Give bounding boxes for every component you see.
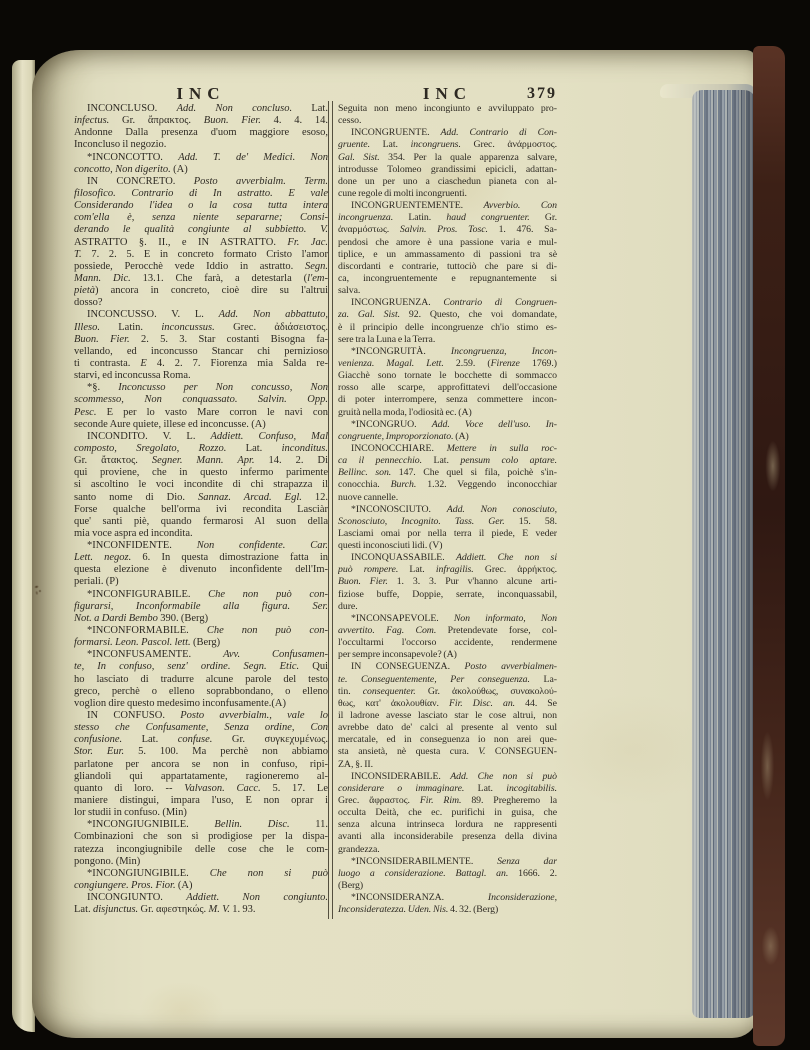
column-rule	[328, 101, 333, 919]
text-line: ASTRATTO §. II., e IN ASTRATTO. Fr. Jac.	[74, 237, 328, 249]
text-line: stesso che Confusamente, Senza ordine, C…	[74, 722, 328, 734]
text-line: mia voce aspra ed incondita.	[74, 528, 328, 540]
text-line: si ascoltino le voci incondite di chi st…	[74, 479, 328, 491]
text-line: *INCONFIDENTE. Non confidente. Car.	[74, 540, 328, 552]
text-line: Giacchè sono tornate le bocchette di som…	[338, 370, 557, 382]
page-number: 379	[338, 85, 557, 103]
text-line: avrebbe dato de' calci al presente al ve…	[338, 722, 557, 734]
text-line: te, In confuso, senz' ordine. Segn. Etic…	[74, 661, 328, 673]
text-line: INCONGRUENTE. Add. Contrario di Con-	[338, 127, 557, 139]
text-line: seconde Aure quiete, illese ed inconcuss…	[74, 419, 328, 431]
text-line: Gal. Sist. 354. Per la quale apparenza s…	[338, 152, 557, 164]
text-line: Bellinc. son. 147. Che quel si fila, poi…	[338, 467, 557, 479]
text-line: INCONCLUSO. Add. Non concluso. Lat.	[74, 103, 328, 115]
text-line: T. 7. 2. 5. E in concreto formato Cristo…	[74, 249, 328, 261]
text-line: salva.	[338, 285, 557, 297]
text-line: Buon. Fier. 2. 5. 3. Star costanti Bisog…	[74, 334, 328, 346]
text-line: Stor. Eur. 5. 100. Ma perchè non abbiamo	[74, 746, 328, 758]
text-line: può rompere. Lat. infragilis. Grec. ἀρρή…	[338, 564, 557, 576]
text-line: ho lasciato di tradurre alcune parole de…	[74, 674, 328, 686]
text-line: mercatale, ed in conseguenza io non arei…	[338, 734, 557, 746]
text-line: concotto, Non digerito. (A)	[74, 164, 328, 176]
text-line: periali. (P)	[74, 576, 328, 588]
text-line: questi inconosciuti lidi. (V)	[338, 540, 557, 552]
photo-background: { "document": { "running_head_left": "IN…	[0, 0, 810, 1050]
text-line: introdusse Tolomeo grandissimi epicicli,…	[338, 164, 557, 176]
text-line: *INCONFORMABILE. Che non può con-	[74, 625, 328, 637]
text-line: *INCONFIGURABILE. Che non può con-	[74, 589, 328, 601]
text-column-left: INCONCLUSO. Add. Non concluso. Lat.infec…	[74, 103, 328, 916]
text-line: sere tra la Luna e la Terra.	[338, 334, 557, 346]
text-line: Lett. negoz. 6. In questa dimostrazione …	[74, 552, 328, 564]
text-line: Gr. ἄτακτος. Segner. Mann. Apr. 14. 2. D…	[74, 455, 328, 467]
text-line: figurarsi, Inconformabile alla figura. S…	[74, 601, 328, 613]
text-line: INCONCUSSO. V. L. Add. Non abbattuto,	[74, 309, 328, 321]
text-line: Considerando l'idea o la cosa tutta inte…	[74, 200, 328, 212]
text-line: za. Gal. Sist. 92. Questo, che voi doman…	[338, 309, 557, 321]
text-line: fiziose buffe, Doppie, serrate, inconqua…	[338, 589, 557, 601]
text-line: *INCONGIUNGIBILE. Che non si può	[74, 868, 328, 880]
text-line: Mann. Dic. 13.1. Che farà, a detestarla …	[74, 273, 328, 285]
text-line: θως, κατ' ἀκολουθίαν. Fir. Disc. an. 44.…	[338, 698, 557, 710]
text-line: rosso alle scarpe, approfittatevi dell'o…	[338, 382, 557, 394]
text-line: possiede, Perocchè vede Iddio in astratt…	[74, 261, 328, 273]
text-line: IN CONCRETO. Posto avverbialm. Term.	[74, 176, 328, 188]
leather-cover	[753, 46, 785, 1046]
text-line: *INCONSAPEVOLE. Non informato, Non	[338, 613, 557, 625]
text-line: done un per uno a ciaschedun pianeta con…	[338, 176, 557, 188]
fore-edge-page-stack	[692, 90, 756, 1018]
text-line: ἀναρμόστως. Salvin. Pros. Tosc. 1. 476. …	[338, 224, 557, 236]
text-line: *INCONSIDERANZA. Inconsiderazione,	[338, 892, 557, 904]
text-line: INCONOCCHIARE. Mettere in sulla roc-	[338, 443, 557, 455]
text-line: qui proviene, che in questo infermo pari…	[74, 467, 328, 479]
text-line: *INCONGRUO. Add. Voce dell'uso. In-	[338, 419, 557, 431]
text-line: *§. Inconcusso per Non concusso, Non	[74, 382, 328, 394]
text-line: gruità nella moda, l'odiosità ec. (A)	[338, 407, 557, 419]
text-line: formarsi. Leon. Pascol. lett. (Berg)	[74, 637, 328, 649]
text-line: questa elezione è divenuto inconfidente …	[74, 564, 328, 576]
text-line: greco, perchè o elleno soprabbondano, o …	[74, 686, 328, 698]
text-line: Combinazioni che son sì prodigiose per l…	[74, 831, 328, 843]
text-line: scommesso, Non conquassato. Salvin. Opp.	[74, 394, 328, 406]
text-line: occulta Deità, che ec. purifichi in guis…	[338, 807, 557, 819]
text-line: ZA, §. II.	[338, 759, 557, 771]
text-line: INCONGRUENTEMENTE. Avverbio. Con	[338, 200, 557, 212]
text-line: l'occultarmi l'occorso accidente, render…	[338, 637, 557, 649]
text-line: te. Conseguentemente, Per conseguenza. L…	[338, 674, 557, 686]
text-line: confusione. Lat. confuse. Gr. συγκεχυμέν…	[74, 734, 328, 746]
text-line: senza alcuna intrinseca lordura ne rappr…	[338, 819, 557, 831]
text-line: voglion dire questo medesimo inconfusame…	[74, 698, 328, 710]
text-line: *INCONSIDERABILMENTE. Senza dar	[338, 856, 557, 868]
text-line: INCONDITO. V. L. Addiett. Confuso, Mal	[74, 431, 328, 443]
text-line: *INCONGIUGNIBILE. Bellin. Disc. 11.	[74, 819, 328, 831]
text-line: infectus. Gr. ἄπρακτος. Buon. Fier. 4. 4…	[74, 115, 328, 127]
text-line: Inconsideratezza. Uden. Nis. 4. 32. (Ber…	[338, 904, 557, 916]
text-line: maniere distingui, impara l'uso, E non o…	[74, 795, 328, 807]
text-line: vellando, ed inconcusso Stancar chi pern…	[74, 346, 328, 358]
text-line: considerare o immaginare. Lat. incogitab…	[338, 783, 557, 795]
text-line: composto, Sregolato, Rozzo. Lat. incondi…	[74, 443, 328, 455]
text-line: tiplice, e un ammassamento di passioni t…	[338, 249, 557, 261]
text-line: grandezza.	[338, 844, 557, 856]
text-line: Grec. ἄφραστος. Fir. Rim. 89. Pregheremo…	[338, 795, 557, 807]
text-column-right: Seguita non meno incongiunto e avviluppa…	[338, 103, 557, 916]
text-line: Forse qualche bell'orma ivi recondita La…	[74, 504, 328, 516]
text-line: INCONGRUENZA. Contrario di Congruen-	[338, 297, 557, 309]
text-line: Sconosciuto, Incognito. Tass. Ger. 15. 5…	[338, 516, 557, 528]
text-line: ca, incongruentemente e repugnantemente …	[338, 273, 557, 285]
text-line: Andonne Dalla presenza d'uom maggiore es…	[74, 127, 328, 139]
text-line: parlatone per ancora se non in confuso, …	[74, 759, 328, 771]
text-line: congiungere. Pros. Fior. (A)	[74, 880, 328, 892]
text-line: gruente. Lat. incongruens. Grec. ἀνάρμοσ…	[338, 139, 557, 151]
text-line: INCONSIDERABILE. Add. Che non si può	[338, 771, 557, 783]
text-line: *INCONGRUITÀ. Incongruenza, Incon-	[338, 346, 557, 358]
text-line: luogo a considerazione. Battagl. an. 166…	[338, 868, 557, 880]
text-line: discordanti e contrarie, tuttociò che pa…	[338, 261, 557, 273]
text-line: il ladrone avesse lasciato star le cose …	[338, 710, 557, 722]
text-line: *INCONCOTTO. Add. T. de' Medici. Non	[74, 152, 328, 164]
text-line: quanto di loro. -- Valvason. Cacc. 5. 17…	[74, 783, 328, 795]
text-line: cesso.	[338, 115, 557, 127]
text-line: pongono. (Min)	[74, 856, 328, 868]
text-line: dure.	[338, 601, 557, 613]
text-line: è il principio delle incongruenze ch'io …	[338, 322, 557, 334]
text-line: que' santi piè, quando fermarosi Al suon…	[74, 516, 328, 528]
text-line: pendosi che amore è una passione varia e…	[338, 237, 557, 249]
text-line: com'ella è, senza niente separarne; Cons…	[74, 212, 328, 224]
text-line: *INCONFUSAMENTE. Avv. Confusamen-	[74, 649, 328, 661]
text-line: ca il pennecchio. Lat. pensum colo aptar…	[338, 455, 557, 467]
text-line: gliandoli qui appartatamente, ragionerem…	[74, 771, 328, 783]
text-line: lor studii in confuso. (Min)	[74, 807, 328, 819]
text-line: pietà) ancora in concreto, cioè dire su …	[74, 285, 328, 297]
text-line: IN CONSEGUENZA. Posto avverbialmen-	[338, 661, 557, 673]
text-line: IN CONFUSO. Posto avverbialm., vale lo	[74, 710, 328, 722]
text-line: ti contrasta. E 4. 2. 7. Fiorenza mia Sa…	[74, 358, 328, 370]
text-line: Lat. disjunctus. Gr. αφεστηκώς. M. V. 1.…	[74, 904, 328, 916]
text-line: sta ansietà, nè questa cura. V. CONSEGUE…	[338, 746, 557, 758]
text-line: avvertito. Fag. Com. Pretendevate forse,…	[338, 625, 557, 637]
running-head-left: INC	[74, 84, 328, 104]
text-line: incongruenza. Latin. haud congruenter. G…	[338, 212, 557, 224]
text-line: Inconcluso il negozio.	[74, 139, 328, 151]
text-line: avanti alla inconsiderabile presenza del…	[338, 831, 557, 843]
text-line: tin. consequenter. Gr. ἀκολούθως, συνακο…	[338, 686, 557, 698]
text-line: Not. a Dardi Bembo 390. (Berg)	[74, 613, 328, 625]
text-line: INCONGIUNTO. Addiett. Non congiunto.	[74, 892, 328, 904]
text-line: filosofico. Contrario di In astratto. E …	[74, 188, 328, 200]
text-line: Buon. Fier. 1. 3. 3. Pur v'hanno alcune …	[338, 576, 557, 588]
text-line: Pesc. E per lo vasto Mare corron le navi…	[74, 407, 328, 419]
text-line: derando le qualità congiunte al subbiett…	[74, 224, 328, 236]
text-line: conocchia. Burch. 1.32. Veggendo inconoc…	[338, 479, 557, 491]
text-line: nuove cannelle.	[338, 492, 557, 504]
text-line: *INCONOSCIUTO. Add. Non conosciuto,	[338, 504, 557, 516]
text-line: cune regole di molti incongruenti.	[338, 188, 557, 200]
text-line: per sempre inconsapevole? (A)	[338, 649, 557, 661]
ink-blot	[32, 582, 44, 596]
text-line: (Berg)	[338, 880, 557, 892]
text-line: Lasciami omai por nella terra il piede, …	[338, 528, 557, 540]
text-line: ratezza incongiugnibile delle cose che l…	[74, 844, 328, 856]
text-line: congruente, Improporzionato. (A)	[338, 431, 557, 443]
text-line: santo nome di Dio. Sannaz. Arcad. Egl. 1…	[74, 492, 328, 504]
text-line: dosso?	[74, 297, 328, 309]
text-line: di poter interrompere, senza commettere …	[338, 394, 557, 406]
text-line: starvi, ed inconcussa Roma.	[74, 370, 328, 382]
text-line: Illeso. Latin. inconcussus. Grec. ἀδιάσε…	[74, 322, 328, 334]
text-line: INCONQUASSABILE. Addiett. Che non si	[338, 552, 557, 564]
text-line: venienza. Magal. Lett. 2.59. (Firenze 17…	[338, 358, 557, 370]
text-line: Seguita non meno incongiunto e avviluppa…	[338, 103, 557, 115]
